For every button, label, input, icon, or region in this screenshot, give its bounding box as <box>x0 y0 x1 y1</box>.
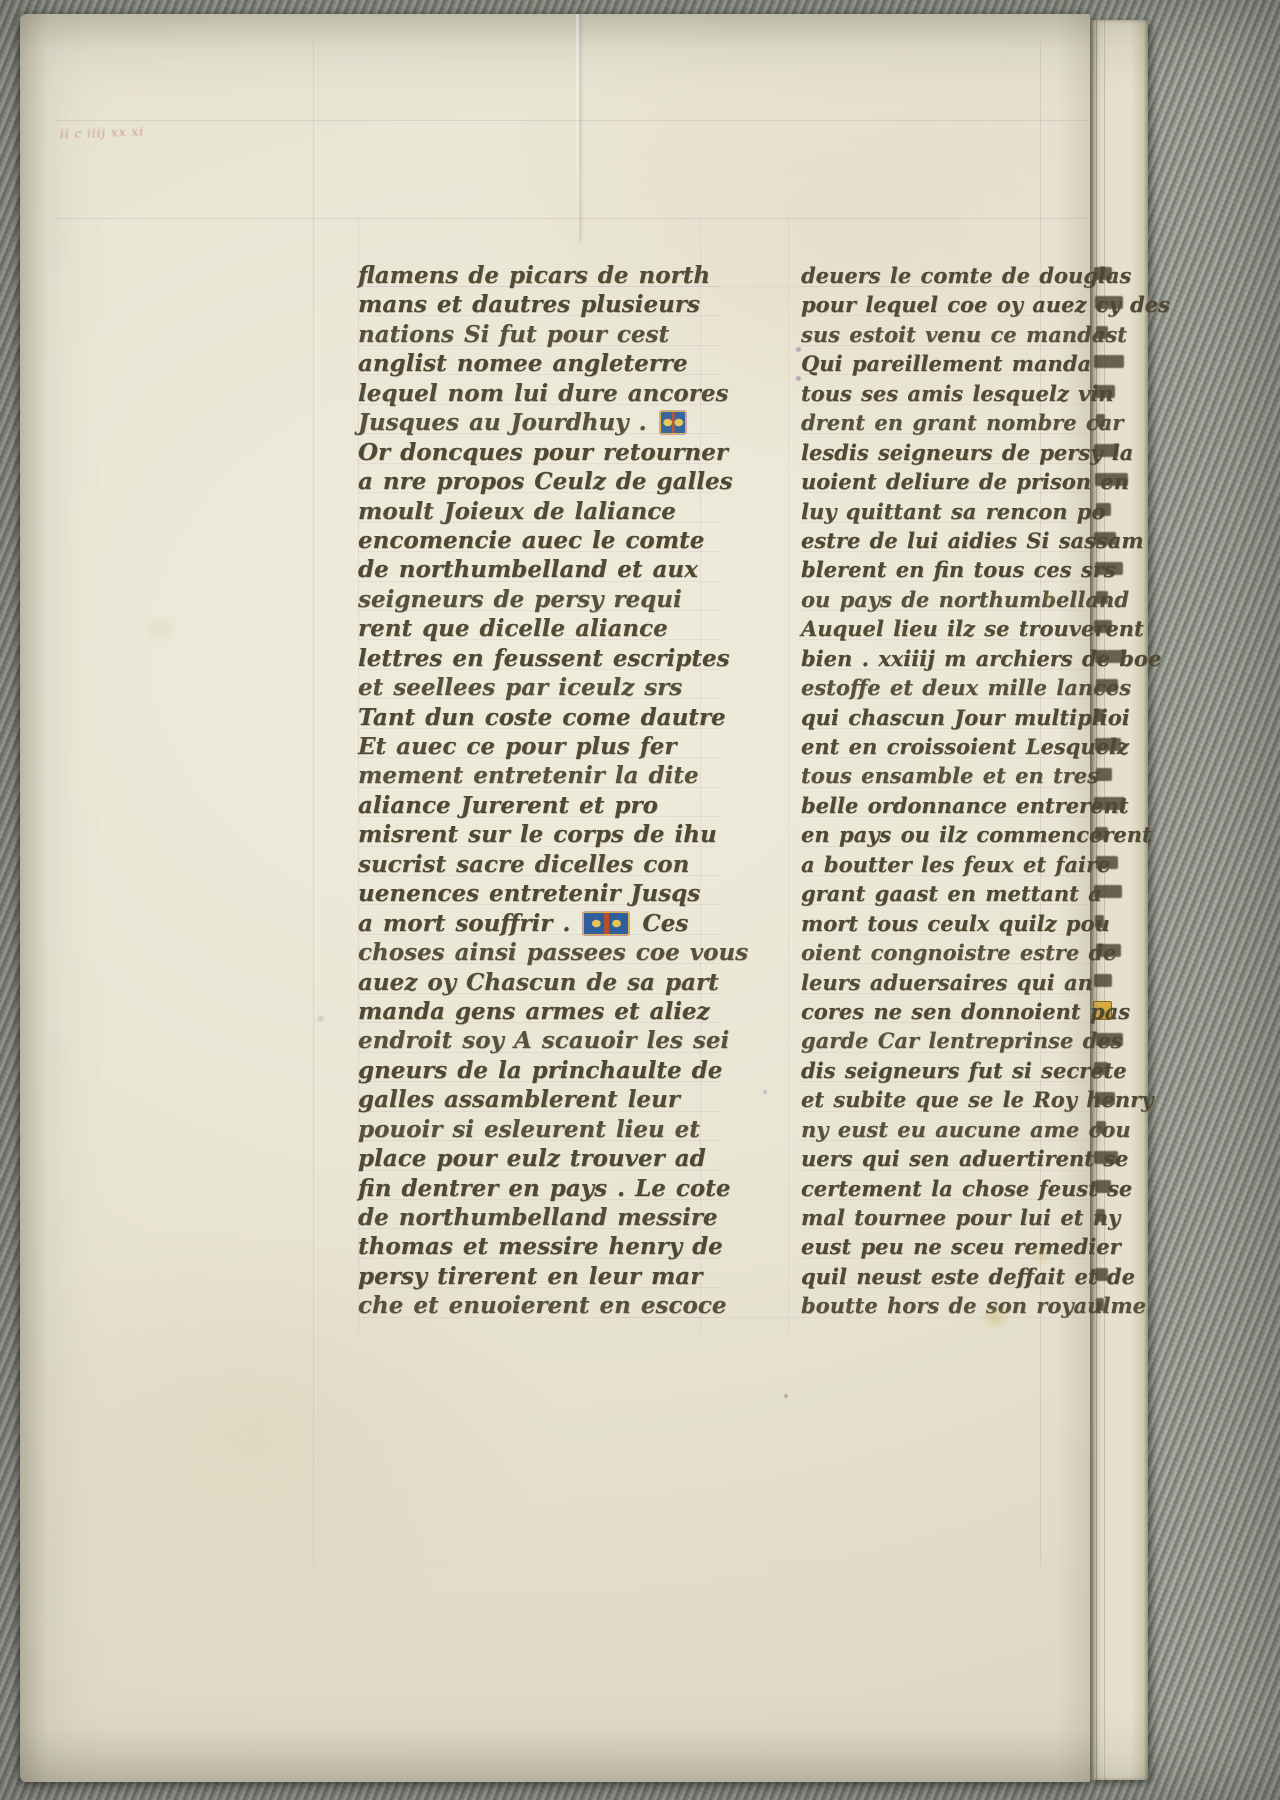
text-line: Jusques au Jourdhuy . <box>358 408 720 437</box>
manuscript-page: ii c iiij xx xi flamens de picars de nor… <box>20 14 1090 1782</box>
text-line: eust peu ne sceu remedier <box>801 1232 1101 1261</box>
text-line: deuers le comte de douglas <box>801 261 1101 290</box>
text-line: tous ses amis lesquelz vin <box>801 379 1101 408</box>
text-line: bien . xxiiij m archiers de boe <box>801 644 1101 673</box>
text-line: endroit soy A scauoir les sei <box>358 1026 720 1055</box>
text-line: belle ordonnance entrerent <box>801 791 1101 820</box>
text-line: seigneurs de persy requi <box>358 585 720 614</box>
text-line: Tant dun coste come dautre <box>358 703 720 732</box>
text-line: thomas et messire henry de <box>358 1232 720 1261</box>
text-line: galles assamblerent leur <box>358 1085 720 1114</box>
text-line: dis seigneurs fut si secrete <box>801 1056 1101 1085</box>
text-line: mement entretenir la dite <box>358 761 720 790</box>
text-line: lesdis seigneurs de persy la <box>801 438 1101 467</box>
text-line: aliance Jurerent et pro <box>358 791 720 820</box>
text-line: uoient deliure de prison en <box>801 467 1101 496</box>
rule-line <box>313 1563 1040 1564</box>
text-line: rent que dicelle aliance <box>358 614 720 643</box>
text-line: Auquel lieu ilz se trouverent <box>801 614 1101 643</box>
text-line: Et auec ce pour plus fer <box>358 732 720 761</box>
text-line: persy tirerent en leur mar <box>358 1262 720 1291</box>
text-line: mort tous ceulx quilz pou <box>801 909 1101 938</box>
text-line: ou pays de northumbelland <box>801 585 1101 614</box>
text-line: quil neust este deffait et de <box>801 1262 1101 1291</box>
text-line: auez oy Chascun de sa part <box>358 968 720 997</box>
text-line: estoffe et deux mille lances <box>801 673 1101 702</box>
text-line: sus estoit venu ce mandast <box>801 320 1101 349</box>
rule-line <box>313 42 314 1567</box>
folio-mark: ii c iiij xx xi <box>60 125 144 142</box>
text-line: a nre propos Ceulz de galles <box>358 467 720 496</box>
text-line: choses ainsi passees coe vous <box>358 938 720 967</box>
text-line: ny eust eu aucune ame cou <box>801 1115 1101 1144</box>
text-column-right: deuers le comte de douglaspour lequel co… <box>801 261 1101 1321</box>
rule-line <box>55 218 1088 219</box>
text-line: gneurs de la princhaulte de <box>358 1056 720 1085</box>
text-line: estre de lui aidies Si sassam <box>801 526 1101 555</box>
text-line: misrent sur le corps de ihu <box>358 820 720 849</box>
text-line: uenences entretenir Jusqs <box>358 879 720 908</box>
text-line: oient congnoistre estre de <box>801 938 1101 967</box>
photographed-manuscript-scene: ii c iiij xx xi flamens de picars de nor… <box>0 0 1280 1800</box>
text-line: a boutter les feux et faire <box>801 850 1101 879</box>
text-line: mal tournee pour lui et ny <box>801 1203 1101 1232</box>
text-line: boutte hors de son royaulme <box>801 1291 1101 1320</box>
text-line: lettres en feussent escriptes <box>358 644 720 673</box>
gutter-dot <box>763 1090 767 1094</box>
text-line: sucrist sacre dicelles con <box>358 850 720 879</box>
text-line: et subite que se le Roy henry <box>801 1085 1101 1114</box>
text-line: a mort souffrir . Ces <box>358 909 720 938</box>
text-line: Or doncques pour retourner <box>358 438 720 467</box>
text-line: place pour eulz trouver ad <box>358 1144 720 1173</box>
text-line: en pays ou ilz commencerent <box>801 820 1101 849</box>
text-line: garde Car lentreprinse des <box>801 1026 1101 1055</box>
text-line: che et enuoierent en escoce <box>358 1291 720 1320</box>
text-line: ent en croissoient Lesquelz <box>801 732 1101 761</box>
illuminated-line-filler <box>660 411 686 434</box>
text-line: anglist nomee angleterre <box>358 349 720 378</box>
text-line: et seellees par iceulz srs <box>358 673 720 702</box>
text-line: moult Joieux de laliance <box>358 497 720 526</box>
text-line: nations Si fut pour cest <box>358 320 720 349</box>
illuminated-line-filler <box>583 912 629 935</box>
text-line: pour lequel coe oy auez cy des <box>801 290 1101 319</box>
gutter-dot <box>796 376 801 381</box>
text-line: lequel nom lui dure ancores <box>358 379 720 408</box>
rule-line <box>55 120 1088 121</box>
text-line: pouoir si esleurent lieu et <box>358 1115 720 1144</box>
text-line: uers qui sen aduertirent se <box>801 1144 1101 1173</box>
text-line: mans et dautres plusieurs <box>358 290 720 319</box>
text-line: Qui pareillement manda <box>801 349 1101 378</box>
text-line: encomencie auec le comte <box>358 526 720 555</box>
text-line: luy quittant sa rencon po <box>801 497 1101 526</box>
text-line: de northumbelland et aux <box>358 555 720 584</box>
gutter-dot <box>796 347 801 352</box>
text-column-left: flamens de picars de northmans et dautre… <box>358 261 720 1321</box>
text-line: cores ne sen donnoient pas <box>801 997 1101 1026</box>
rule-line <box>788 218 789 1334</box>
text-line: manda gens armes et aliez <box>358 997 720 1026</box>
text-line: de northumbelland messire <box>358 1203 720 1232</box>
text-line: fin dentrer en pays . Le cote <box>358 1174 720 1203</box>
text-line: tous ensamble et en tres <box>801 761 1101 790</box>
text-line: leurs aduersaires qui an <box>801 968 1101 997</box>
text-line: qui chascun Jour multiplioi <box>801 703 1101 732</box>
text-line: grant gaast en mettant a <box>801 879 1101 908</box>
text-line: blerent en fin tous ces srs <box>801 555 1101 584</box>
text-line: drent en grant nombre car <box>801 408 1101 437</box>
text-line: flamens de picars de north <box>358 261 720 290</box>
text-line: certement la chose feust se <box>801 1174 1101 1203</box>
